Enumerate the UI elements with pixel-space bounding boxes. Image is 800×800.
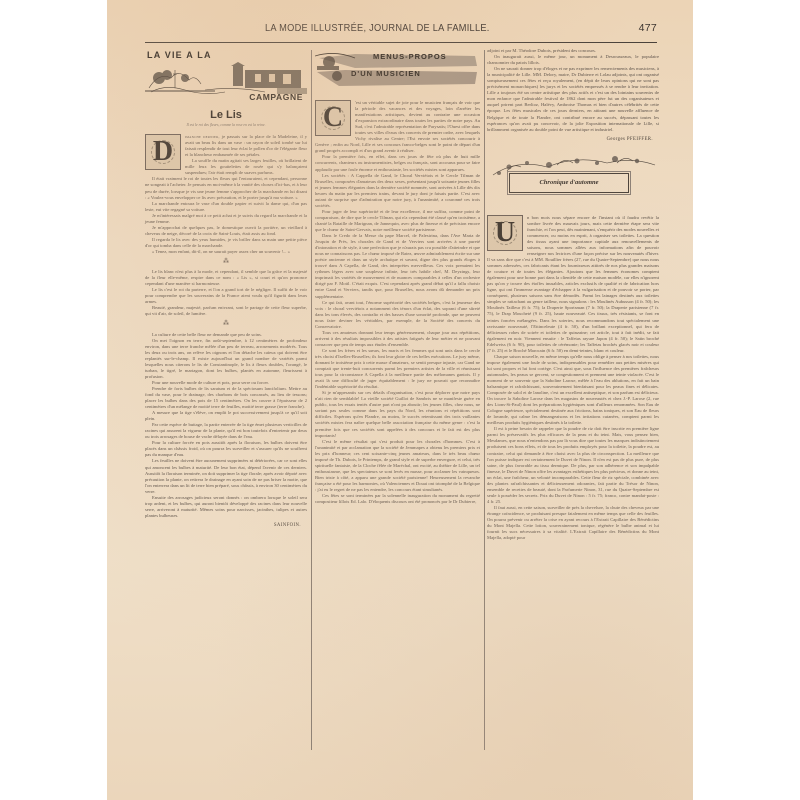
section-separator: ⁂ — [145, 259, 307, 265]
chronique-header: Chronique d'automne — [487, 153, 659, 209]
paragraph: Le lis c'est le roi du parterre, et l'on… — [145, 287, 307, 305]
article-title: Le Lis — [145, 112, 307, 118]
paragraph: Pour la culture forcée en pots aussitôt … — [145, 440, 307, 458]
countryside-illustration — [145, 62, 307, 96]
section-title-line2: CAMPAGNE — [249, 94, 303, 100]
article-menus-propos: MENUS-PROPOS D'UN MUSICIEN C 'est un vér… — [315, 48, 480, 505]
running-head: LA MODE ILLUSTRÉE, JOURNAL DE LA FAMILLE… — [145, 22, 657, 36]
paragraph: On inaugurait aussi, le même jour, un mo… — [487, 54, 659, 66]
paragraph: Tous ces amateurs donnant leur temps gén… — [315, 330, 480, 348]
paragraph: Pour juger de leur supériorité et de leu… — [315, 209, 480, 233]
paragraph: Ce qui fait, avant tout, l'énorme supéri… — [315, 300, 480, 330]
chronique-title: Chronique d'automne — [509, 173, 629, 193]
vie-a-la-campagne-header: LA VIE A LA — [145, 48, 307, 110]
article-le-lis: LA VIE A LA — [145, 48, 307, 529]
paragraph: Chaque saison nouvelle, en même temps qu… — [487, 354, 659, 427]
journal-title: LA MODE ILLUSTRÉE, JOURNAL DE LA FAMILLE… — [265, 22, 490, 34]
column-divider-right — [484, 50, 485, 750]
paragraph: Ensuite des arrosages judicieux seront d… — [145, 495, 307, 519]
dropcap-d: D — [145, 134, 181, 170]
dropcap-u: U — [487, 215, 523, 251]
paragraph: Ces fêtes se sont terminées par la solen… — [315, 493, 480, 505]
menus-propos-header: MENUS-PROPOS D'UN MUSICIEN — [315, 48, 480, 94]
section-title-line1: LA VIE A LA — [147, 52, 212, 58]
paragraph: Par cette espèce de buttage, la partie e… — [145, 422, 307, 440]
section-title-line2: D'UN MUSICIEN — [351, 71, 421, 77]
author-signature: Georges PFEIFFER. — [487, 137, 653, 143]
section-title-line1: MENUS-PROPOS — [373, 54, 447, 60]
paragraph: Je m'approchai de quelques pas, le domes… — [145, 225, 307, 237]
paragraph: « Tenez, mon enfant, dit-il, on ne saura… — [145, 249, 307, 255]
paragraph: Il est à peine besoin de rappeler que la… — [487, 426, 659, 505]
paragraph: Beauté, grandeur, majesté, parfum enivra… — [145, 305, 307, 317]
paragraph: A mesure que la tige s'élève, on emplit … — [145, 410, 307, 422]
paragraph: Le lis blanc n'est plus à la mode, et ce… — [145, 269, 307, 287]
paragraph: Il était vraiment le roi de toutes les f… — [145, 176, 307, 200]
page-number: 477 — [639, 22, 657, 34]
paragraph: Ce sont les frères et les sœurs, les mar… — [315, 348, 480, 390]
header-rule — [145, 42, 657, 43]
paragraph: Les sociétés : A Cappella de Gand, le Ch… — [315, 173, 480, 209]
dropcap-c: C — [315, 100, 351, 136]
lead-in: imanche dernier, — [185, 134, 220, 139]
epigraph: Il est le roi des fleurs, comme la rose … — [145, 122, 307, 128]
paragraph: On ne saurait donner trop d'éloges et ne… — [487, 66, 659, 133]
paragraph: On met l'oignon en terre, fin août-septe… — [145, 338, 307, 380]
paragraph: Dans le Credo de la Messe du pape Marcel… — [315, 233, 480, 300]
paragraph: C'est le même résultat qui s'est produit… — [315, 439, 480, 493]
paragraph: Je m'intéressais malgré moi à ce petit a… — [145, 213, 307, 225]
paragraph: Pour la première fois, en effet, dans ce… — [315, 154, 480, 172]
column-divider-left — [311, 50, 312, 750]
paragraph: Si je m'appesantis sur ces détails d'org… — [315, 390, 480, 438]
right-column: adjoint et par M. Théodore Dubois, prési… — [487, 48, 659, 541]
paragraph: Prendre de forts bulbes de lis saratum e… — [145, 386, 307, 410]
magazine-page: LA MODE ILLUSTRÉE, JOURNAL DE LA FAMILLE… — [107, 0, 693, 800]
paragraph: Il regarda le lis avec des yeux humides,… — [145, 237, 307, 249]
paragraph: La marchande entoura le vase d'un double… — [145, 201, 307, 213]
paragraph: Les feuilles ne doivent être aucunement … — [145, 458, 307, 494]
section-separator: ⁂ — [145, 321, 307, 327]
author-signature: SAINFOIN. — [145, 523, 301, 529]
paragraph: Il faut aussi, en cette saison, surveill… — [487, 505, 659, 541]
